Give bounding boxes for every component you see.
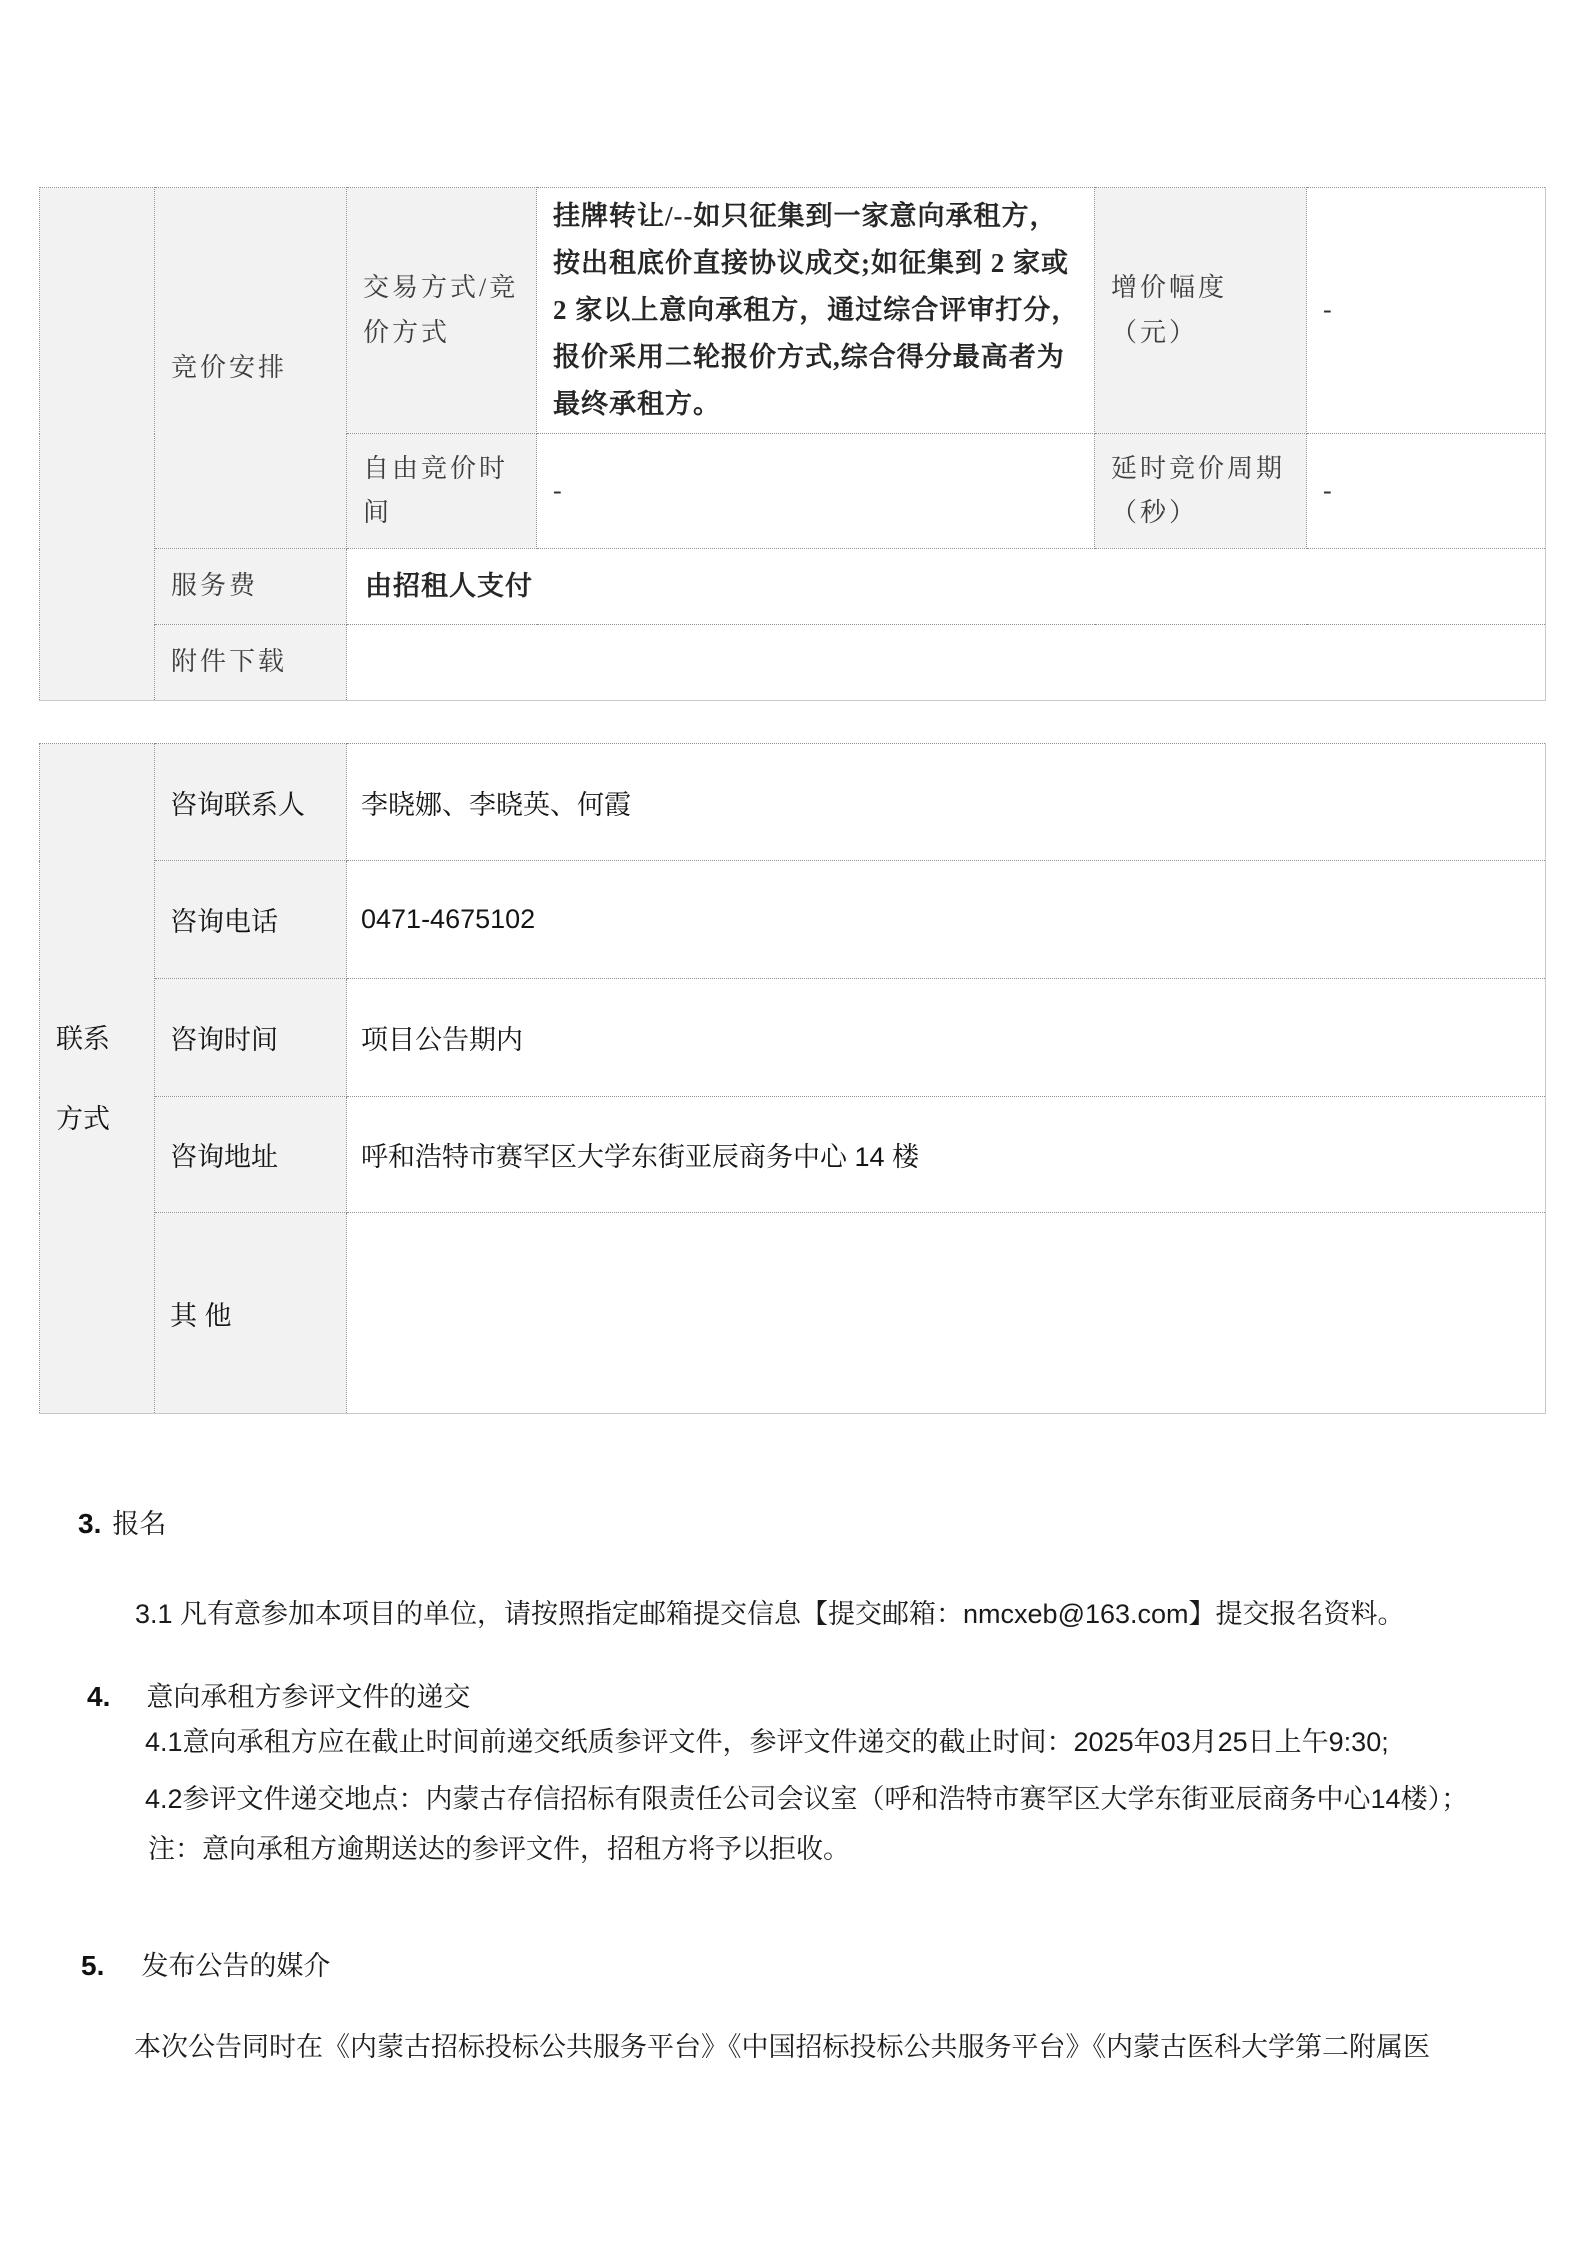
paragraph-3-1: 3.1 凡有意参加本项目的单位，请按照指定邮箱提交信息【提交邮箱：nmcxeb@… — [135, 1598, 1405, 1632]
contact-address-label: 咨询地址 — [155, 1097, 347, 1213]
section-3-number: 3. — [78, 1508, 101, 1539]
section-5-title: 发布公告的媒介 — [141, 1951, 330, 1981]
bidding-arrangement-table: 竞价安排 交易方式/竞价方式 挂牌转让/--如只征集到一家意向承租方， 按出租底… — [39, 187, 1546, 701]
table-row: 其 他 — [40, 1213, 1546, 1414]
service-fee-value: 由招租人支付 — [347, 549, 1546, 625]
paragraph-4-1: 4.1意向承租方应在截止时间前递交纸质参评文件，参评文件递交的截止时间：2025… — [145, 1726, 1389, 1760]
contact-other-label: 其 他 — [155, 1213, 347, 1414]
trade-mode-label: 交易方式/竞价方式 — [347, 188, 537, 434]
paragraph-4-2: 4.2参评文件递交地点：内蒙古存信招标有限责任公司会议室（呼和浩特市赛罕区大学东… — [145, 1783, 1468, 1817]
contact-time-value: 项目公告期内 — [347, 979, 1546, 1097]
attachment-label: 附件下载 — [155, 625, 347, 701]
free-bidding-time-value: - — [537, 434, 1095, 549]
section-4-number: 4. — [87, 1681, 110, 1712]
table-row: 咨询电话 0471-4675102 — [40, 861, 1546, 979]
paragraph-4-note: 注：意向承租方逾期送达的参评文件，招租方将予以拒收。 — [148, 1833, 850, 1867]
section-3-title: 报名 — [112, 1509, 166, 1539]
table-row: 附件下载 — [40, 625, 1546, 701]
table-row: 咨询地址 呼和浩特市赛罕区大学东街亚辰商务中心 14 楼 — [40, 1097, 1546, 1213]
service-fee-label: 服务费 — [155, 549, 347, 625]
bidding-arrangement-label: 竞价安排 — [155, 188, 347, 549]
delay-cycle-label: 延时竞价周期（秒） — [1095, 434, 1307, 549]
paragraph-5-media: 本次公告同时在《内蒙古招标投标公共服务平台》《中国招标投标公共服务平台》《内蒙古… — [134, 2031, 1430, 2065]
table-row: 咨询时间 项目公告期内 — [40, 979, 1546, 1097]
increase-step-label: 增价幅度（元） — [1095, 188, 1307, 434]
contact-time-label: 咨询时间 — [155, 979, 347, 1097]
spanner-cell — [40, 188, 155, 701]
delay-cycle-value: - — [1307, 434, 1546, 549]
contact-phone-label: 咨询电话 — [155, 861, 347, 979]
free-bidding-time-label: 自由竞价时间 — [347, 434, 537, 549]
section-3-heading: 3.报名 — [78, 1502, 166, 1541]
section-4-title: 意向承租方参评文件的递交 — [146, 1682, 470, 1712]
contact-info-table: 联系 方式 咨询联系人 李晓娜、李晓英、何霞 咨询电话 0471-4675102… — [39, 743, 1546, 1414]
table-row: 竞价安排 交易方式/竞价方式 挂牌转让/--如只征集到一家意向承租方， 按出租底… — [40, 188, 1546, 434]
table-row: 联系 方式 咨询联系人 李晓娜、李晓英、何霞 — [40, 744, 1546, 861]
section-5-number: 5. — [81, 1950, 104, 1981]
contact-side-label: 联系 方式 — [40, 744, 155, 1414]
increase-step-value: - — [1307, 188, 1546, 434]
attachment-value — [347, 625, 1546, 701]
trade-mode-value: 挂牌转让/--如只征集到一家意向承租方， 按出租底价直接协议成交;如征集到 2 … — [537, 188, 1095, 434]
contact-person-label: 咨询联系人 — [155, 744, 347, 861]
section-5-heading: 5.发布公告的媒介 — [81, 1944, 330, 1983]
contact-other-value — [347, 1213, 1546, 1414]
contact-phone-value: 0471-4675102 — [347, 861, 1546, 979]
contact-address-value: 呼和浩特市赛罕区大学东街亚辰商务中心 14 楼 — [347, 1097, 1546, 1213]
table-row: 服务费 由招租人支付 — [40, 549, 1546, 625]
contact-person-value: 李晓娜、李晓英、何霞 — [347, 744, 1546, 861]
section-4-heading: 4.意向承租方参评文件的递交 — [87, 1675, 470, 1714]
